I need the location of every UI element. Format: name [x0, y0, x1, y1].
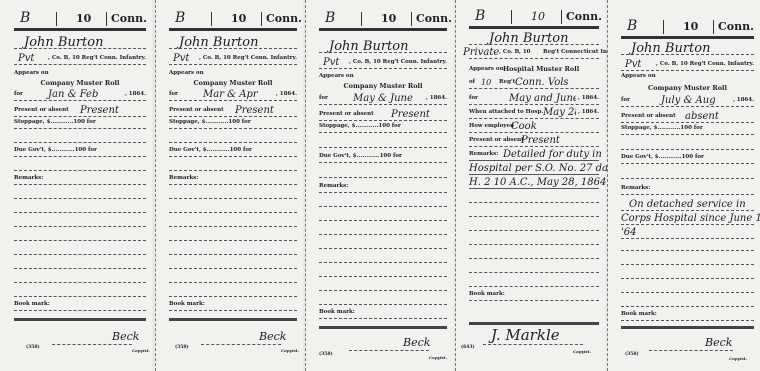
- muster-card-3: B 10 Conn. John Burton Pvt , Co. B, 10 R…: [305, 0, 453, 371]
- remarks-blank: [14, 244, 146, 255]
- name-line: John Burton: [621, 40, 754, 55]
- remarks-blank: [621, 268, 754, 279]
- blank-line: [621, 168, 754, 179]
- remarks-line: Remarks:: [14, 174, 146, 185]
- book-mark-line: Book mark:: [169, 300, 297, 311]
- attached-line: When attached to Hosp. May 28 , 1864.: [469, 106, 599, 119]
- remarks-line: '64: [621, 226, 754, 239]
- rank: Pvt: [323, 58, 339, 68]
- remarks-blank: [469, 206, 599, 217]
- remarks-blank: [169, 258, 297, 269]
- rank: Pvt: [625, 60, 641, 70]
- blank-line: [14, 160, 146, 171]
- regiment-number: 10: [683, 20, 698, 33]
- for-line: for Jan & Feb , 1864.: [14, 88, 146, 101]
- regiment-number: 10: [381, 12, 396, 25]
- remarks-blank: [621, 240, 754, 251]
- stoppage-line: Stoppage, $............100 for: [319, 122, 447, 133]
- remarks-blank: [14, 216, 146, 227]
- remark-text: Corps Hospital since June 1: [621, 214, 760, 224]
- present-status: Present: [235, 106, 274, 116]
- divider: [14, 318, 146, 321]
- copyist-signature: Beck: [259, 330, 286, 343]
- remarks-blank: [319, 238, 447, 249]
- remarks-blank: [469, 276, 599, 287]
- remarks-blank: [319, 294, 447, 305]
- present-line: Present or absent Present: [469, 134, 599, 147]
- copyist-signature: Beck: [705, 336, 732, 349]
- for-line: for Mar & Apr , 1864.: [169, 88, 297, 101]
- form-number: (358): [319, 352, 333, 357]
- unit-text: , Co. B, 10 Reg't Conn. Infantry.: [347, 57, 447, 67]
- muster-card-5: B 10 Conn. John Burton Pvt , Co. B, 10 R…: [607, 0, 760, 371]
- rank-line: Pvt , Co. B, 10 Reg't Conn. Infantry.: [621, 58, 754, 71]
- present-line: Present or absent Present: [14, 104, 146, 117]
- for-period: Jan & Feb: [48, 90, 98, 100]
- remarks-blank: [621, 296, 754, 307]
- company-letter: B: [325, 10, 335, 26]
- remark-text: On detached service in: [629, 200, 746, 210]
- unit-text: Reg't Connecticut Inf.: [543, 47, 611, 57]
- name-line: John Burton: [319, 38, 447, 53]
- copyist-signature: Beck: [112, 330, 139, 343]
- soldier-name: John Burton: [179, 38, 258, 48]
- service-record-strip: B 10 Conn. John Burton Pvt , Co. B, 10 R…: [0, 0, 760, 371]
- rank: Pvt: [173, 54, 189, 64]
- for-line: for May & June , 1864.: [319, 92, 447, 105]
- state-abbrev: Conn.: [111, 12, 147, 25]
- state-abbrev: Conn.: [266, 12, 302, 25]
- regiment-number: 10: [531, 10, 545, 23]
- copyist-signature: J. Markle: [491, 326, 560, 344]
- copyist-label: Copyist.: [573, 349, 591, 354]
- remarks-line: Corps Hospital since June 1: [621, 212, 754, 225]
- remarks-blank: [469, 248, 599, 259]
- divider: [469, 322, 599, 325]
- name-line: John Burton: [14, 34, 146, 49]
- company-letter: B: [627, 18, 637, 34]
- roll-title: Hospital Muster Roll: [503, 65, 579, 73]
- blank-line: [319, 167, 447, 178]
- company-letter: B: [20, 10, 30, 26]
- remarks-blank: [621, 254, 754, 265]
- book-mark-line: Book mark:: [621, 310, 754, 321]
- regiment-number: 10: [231, 12, 246, 25]
- form-number: (358): [26, 345, 40, 350]
- rank-line: Pvt , Co. B, 10 Reg't Conn. Infantry.: [169, 52, 297, 65]
- state-abbrev: Conn.: [416, 12, 452, 25]
- for-period: May and June: [509, 94, 579, 104]
- remarks-blank: [319, 280, 447, 291]
- remarks-line: Remarks:: [319, 182, 447, 193]
- remarks-blank: [469, 262, 599, 273]
- for-period: July & Aug: [661, 96, 716, 106]
- state-abbrev: Conn.: [566, 10, 602, 23]
- card-header: B 10 Conn.: [14, 10, 146, 31]
- present-status: absent: [685, 112, 719, 122]
- remarks-blank: [319, 224, 447, 235]
- remark-text: H. 2 10 A.C., May 28, 1864.: [469, 178, 610, 188]
- muster-card-2: B 10 Conn. John Burton Pvt , Co. B, 10 R…: [155, 0, 303, 371]
- appears-on-label: Appears on: [14, 70, 49, 76]
- of-line: of 10 Reg't Conn. Vols: [469, 76, 599, 89]
- remarks-blank: [169, 202, 297, 213]
- remarks-line: H. 2 10 A.C., May 28, 1864.: [469, 176, 599, 189]
- rank-line: Pvt , Co. B, 10 Reg't Conn. Infantry.: [319, 56, 447, 69]
- for-period: Mar & Apr: [203, 90, 258, 100]
- book-mark-line: Book mark:: [319, 308, 447, 319]
- remarks-blank: [169, 286, 297, 297]
- company-letter: B: [175, 10, 185, 26]
- roll-title: Company Muster Roll: [621, 84, 754, 92]
- book-mark-line: Book mark:: [469, 290, 599, 301]
- soldier-name: John Burton: [489, 34, 568, 44]
- remarks-blank: [14, 230, 146, 241]
- stoppage-line: Stoppage, $............100 for: [14, 118, 146, 129]
- name-line: John Burton: [469, 30, 599, 45]
- soldier-name: John Burton: [631, 44, 710, 54]
- remarks-blank: [14, 272, 146, 283]
- remarks-blank: [469, 192, 599, 203]
- remarks-line: Remarks:: [621, 184, 754, 195]
- roll-title: Company Muster Roll: [319, 82, 447, 90]
- divider: [319, 326, 447, 329]
- due-govt-line: Due Gov't, $............100 for: [14, 146, 146, 157]
- remarks-blank: [469, 234, 599, 245]
- remarks-blank: [169, 244, 297, 255]
- divider: [169, 318, 297, 321]
- appears-on-label: Appears on: [621, 73, 656, 79]
- rank: Pvt: [18, 54, 34, 64]
- due-govt-line: Due Gov't, $............100 for: [169, 146, 297, 157]
- copyist-label: Copyist.: [729, 356, 747, 361]
- remarks-blank: [319, 252, 447, 263]
- remarks-blank: [169, 272, 297, 283]
- due-govt-line: Due Gov't, $............100 for: [621, 153, 754, 164]
- appears-on-label: Appears on: [469, 66, 504, 72]
- remark-text: Detailed for duty in: [503, 150, 602, 160]
- remarks-blank: [169, 216, 297, 227]
- remark-text: '64: [621, 228, 636, 238]
- blank-line: [621, 139, 754, 150]
- unit-text: , Co. B, 10 Reg't Conn. Infantry.: [197, 53, 297, 63]
- for-period: May & June: [353, 94, 413, 104]
- hospital-card-4: B 10 Conn. John Burton Private , Co. B ,…: [455, 0, 605, 371]
- remarks-blank: [14, 188, 146, 199]
- present-line: Present or absent Present: [319, 108, 447, 121]
- blank-line: [14, 132, 146, 143]
- present-line: Present or absent Present: [169, 104, 297, 117]
- rank: Private: [463, 48, 499, 58]
- remarks-blank: [14, 286, 146, 297]
- remarks-blank: [14, 258, 146, 269]
- form-number: (643): [461, 345, 475, 350]
- soldier-name: John Burton: [24, 38, 103, 48]
- card-header: B 10 Conn.: [621, 18, 754, 39]
- remarks-blank: [319, 266, 447, 277]
- stoppage-line: Stoppage, $............100 for: [621, 124, 754, 135]
- for-line: for July & Aug , 1864.: [621, 94, 754, 107]
- regiment-number: 10: [76, 12, 91, 25]
- soldier-name: John Burton: [329, 42, 408, 52]
- remarks-line: Remarks:: [169, 174, 297, 185]
- due-govt-line: Due Gov't, $............100 for: [319, 152, 447, 163]
- appears-on-label: Appears on: [319, 73, 354, 79]
- of-unit: Conn. Vols: [515, 78, 569, 88]
- rank-line: Pvt , Co. B, 10 Reg't Conn. Infantry.: [14, 52, 146, 65]
- remarks-blank: [169, 230, 297, 241]
- blank-line: [169, 160, 297, 171]
- present-status: Present: [391, 110, 430, 120]
- rank-line: Private , Co. B , 10 Reg't Connecticut I…: [469, 46, 599, 59]
- unit-text: , Co. B, 10 Reg't Conn. Infantry.: [654, 59, 754, 69]
- remarks-blank: [319, 210, 447, 221]
- card-header: B 10 Conn.: [319, 10, 447, 31]
- present-line: Present or absent absent: [621, 110, 754, 123]
- copyist-label: Copyist.: [281, 348, 299, 353]
- card-header: B 10 Conn.: [469, 8, 599, 29]
- form-number: (358): [625, 352, 639, 357]
- remarks-blank: [14, 202, 146, 213]
- blank-line: [169, 132, 297, 143]
- remarks-blank: [469, 220, 599, 231]
- employed-line: How employed Cook: [469, 120, 599, 133]
- remarks-blank: [169, 188, 297, 199]
- unit-text: , Co. B, 10 Reg't Conn. Infantry.: [46, 53, 146, 63]
- remarks-blank: [621, 282, 754, 293]
- copyist-label: Copyist.: [132, 348, 150, 353]
- form-number: (358): [175, 345, 189, 350]
- copyist-signature: Beck: [403, 336, 430, 349]
- remarks-line: Remarks: Detailed for duty in: [469, 148, 599, 161]
- present-status: Present: [521, 136, 560, 146]
- remarks-line: On detached service in: [621, 198, 754, 211]
- card-header: B 10 Conn.: [169, 10, 297, 31]
- muster-card-1: B 10 Conn. John Burton Pvt , Co. B, 10 R…: [0, 0, 152, 371]
- appears-on-label: Appears on: [169, 70, 204, 76]
- roll-title: Company Muster Roll: [169, 79, 297, 87]
- stoppage-line: Stoppage, $............100 for: [169, 118, 297, 129]
- remarks-line: Hospital per S.O. No. 27 dated: [469, 162, 599, 175]
- copyist-label: Copyist.: [429, 355, 447, 360]
- book-mark-line: Book mark:: [14, 300, 146, 311]
- employment: Cook: [511, 122, 537, 132]
- for-line: for May and June , 1864.: [469, 92, 599, 105]
- present-status: Present: [80, 106, 119, 116]
- roll-title: Company Muster Roll: [14, 79, 146, 87]
- remark-text: Hospital per S.O. No. 27 dated: [469, 164, 624, 174]
- blank-line: [319, 137, 447, 148]
- state-abbrev: Conn.: [718, 20, 754, 33]
- name-line: John Burton: [169, 34, 297, 49]
- divider: [621, 326, 754, 329]
- remarks-blank: [319, 196, 447, 207]
- company-letter: B: [475, 8, 485, 24]
